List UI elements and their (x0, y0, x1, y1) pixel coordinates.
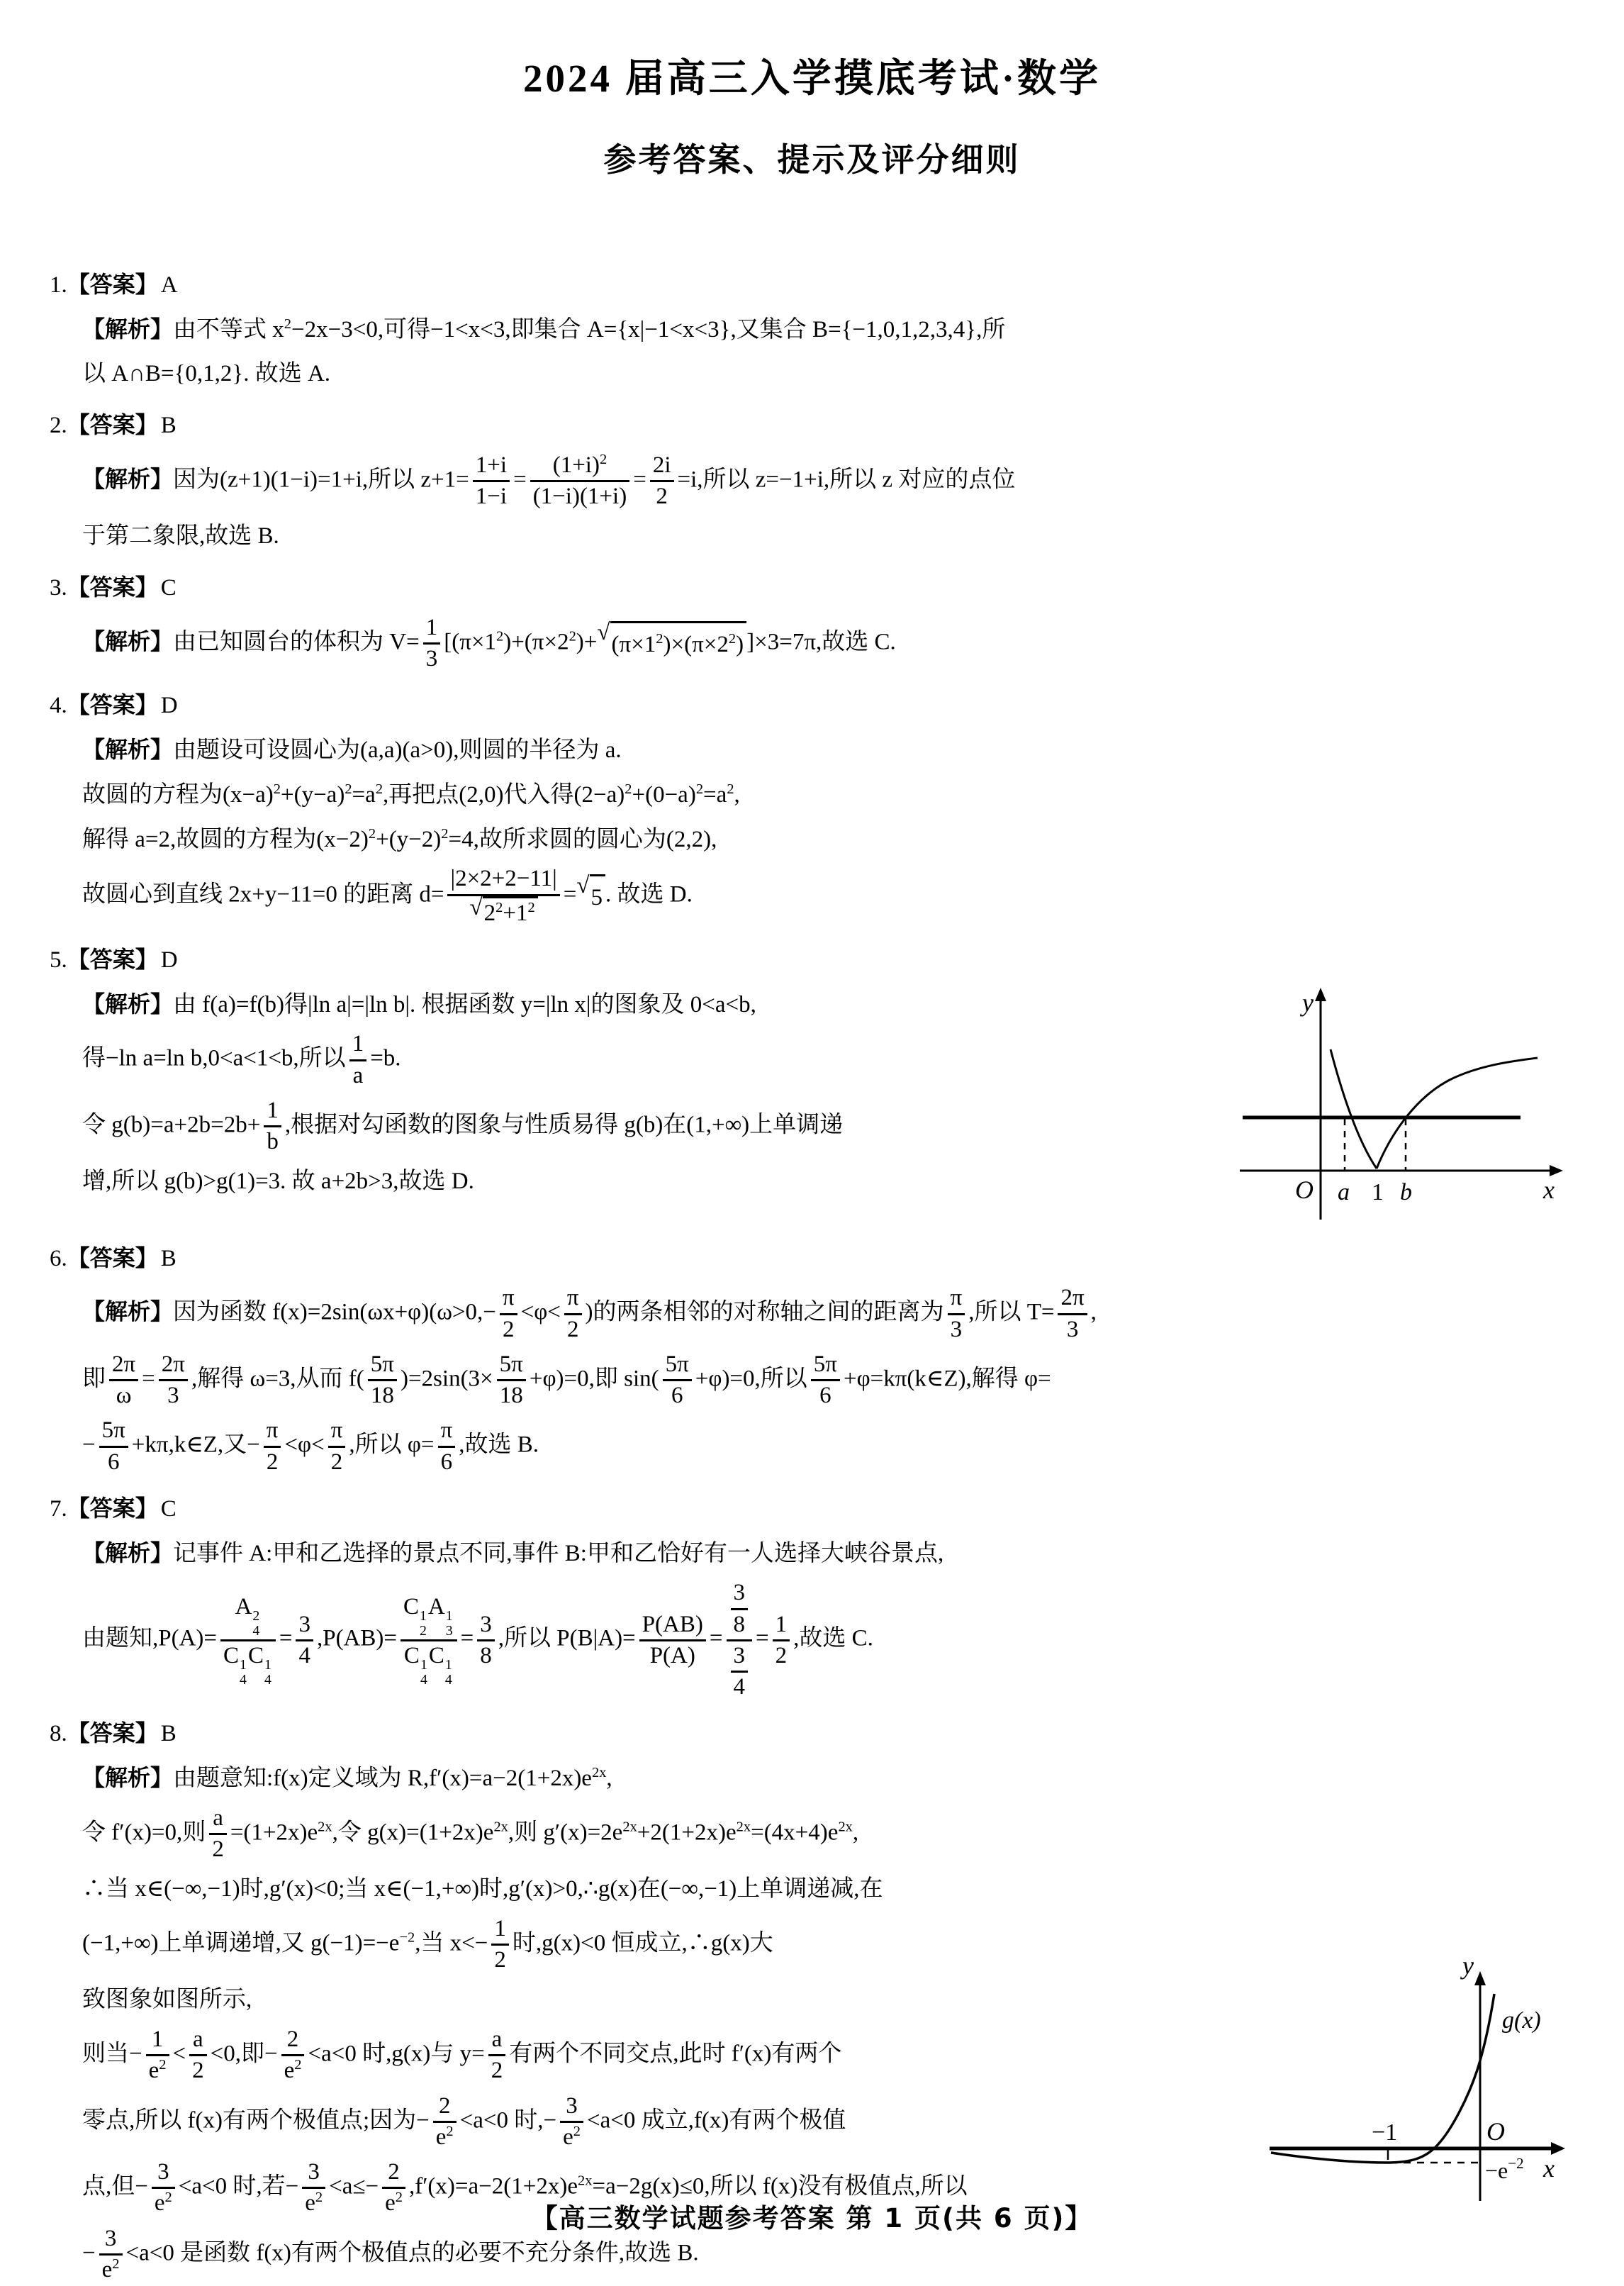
problems-list: 1.【答案】A【解析】由不等式 x2−2x−3<0,可得−1<x<3,即集合 A… (50, 264, 1574, 2286)
one-label: 1 (1372, 1179, 1384, 1205)
answer-label: 【答案】 (67, 411, 158, 438)
text-line: 令 f′(x)=0,则a2=(1+2x)e2x,令 g(x)=(1+2x)e2x… (82, 1802, 1574, 1866)
problem-number: 2. (50, 405, 67, 447)
problem-3: 3.【答案】C【解析】由已知圆台的体积为 V=13[(π×12)+(π×22)+… (50, 567, 1574, 678)
answer-letter: B (161, 1246, 177, 1271)
analysis: 【解析】由不等式 x2−2x−3<0,可得−1<x<3,即集合 A={x|−1<… (82, 306, 1574, 398)
problem-number: 6. (50, 1238, 67, 1280)
min-value-label: −e−2 (1485, 2155, 1524, 2183)
text-line: 解得 a=2,故圆的方程为(x−2)2+(y−2)2=4,故所求圆的圆心为(2,… (82, 819, 1574, 861)
y-axis-arrow (1315, 988, 1326, 1001)
analysis: 【解析】由已知圆台的体积为 V=13[(π×12)+(π×22)+√(π×12)… (82, 609, 1574, 679)
analysis-label: 【解析】 (82, 628, 173, 654)
problem-1: 1.【答案】A【解析】由不等式 x2−2x−3<0,可得−1<x<3,即集合 A… (50, 264, 1574, 398)
text-line: 【解析】由已知圆台的体积为 V=13[(π×12)+(π×22)+√(π×12)… (82, 612, 1574, 676)
x-axis-arrow (1550, 1165, 1563, 1176)
text-line: 以 A∩B={0,1,2}. 故选 A. (82, 353, 1574, 395)
b-label: b (1400, 1179, 1412, 1205)
answer-label: 【答案】 (67, 574, 158, 601)
answer-label: 【答案】 (67, 271, 158, 298)
answer-line: 3.【答案】C (50, 567, 1574, 609)
problem-number: 5. (50, 940, 67, 981)
problem-number: 3. (50, 567, 67, 609)
answer-line: 7.【答案】C (50, 1488, 1574, 1530)
page-title: 2024 届高三入学摸底考试·数学 (50, 47, 1574, 103)
answer-letter: C (161, 575, 177, 601)
analysis-label: 【解析】 (82, 1539, 173, 1566)
text-line: 【解析】因为(z+1)(1−i)=1+i,所以 z+1=1+i1−i=(1+i)… (82, 450, 1574, 513)
abs-ln-graph-figure: y O a 1 b x (1237, 984, 1570, 1225)
problem-number: 8. (50, 1713, 67, 1755)
text-line: 即2πω=2π3,解得 ω=3,从而 f(5π18)=2sin(3×5π18+φ… (82, 1349, 1574, 1412)
answer-line: 5.【答案】D (50, 940, 1574, 981)
answer-letter: D (161, 947, 178, 973)
answer-letter: D (161, 693, 178, 718)
analysis-label: 【解析】 (82, 316, 173, 342)
answer-line: 6.【答案】B (50, 1238, 1574, 1280)
page-footer: 【高三数学试题参考答案 第 1 页(共 6 页)】 (0, 2197, 1624, 2235)
answer-letter: C (161, 1496, 177, 1522)
text-line: 于第二象限,故选 B. (82, 515, 1574, 557)
text-line: 【解析】由题意知:f(x)定义域为 R,f′(x)=a−2(1+2x)e2x, (82, 1758, 1574, 1800)
analysis: y O a 1 b x 【解析】由 f(a)=f(b)得|ln a|=|ln b… (82, 981, 1574, 1231)
x-axis-label: x (1542, 1176, 1555, 1204)
problem-number: 7. (50, 1488, 67, 1530)
analysis: 【解析】因为函数 f(x)=2sin(ωx+φ)(ω>0,−π2<φ<π2)的两… (82, 1279, 1574, 1481)
answer-label: 【答案】 (67, 691, 158, 718)
answer-letter: B (161, 413, 177, 438)
analysis-label: 【解析】 (82, 1764, 173, 1791)
origin-label: O (1295, 1176, 1314, 1204)
problem-number: 4. (50, 685, 67, 727)
page-subtitle: 参考答案、提示及评分细则 (50, 134, 1574, 181)
text-line: 故圆心到直线 2x+y−11=0 的距离 d=|2×2+2−11|√22+12=… (82, 863, 1574, 930)
analysis-label: 【解析】 (82, 991, 173, 1017)
analysis-label: 【解析】 (82, 736, 173, 763)
a-label: a (1338, 1179, 1350, 1205)
analysis: 【解析】记事件 A:甲和乙选择的景点不同,事件 B:甲和乙恰好有一人选择大峡谷景… (82, 1530, 1574, 1707)
answer-label: 【答案】 (67, 946, 158, 973)
problem-4: 4.【答案】D【解析】由题设可设圆心为(a,a)(a>0),则圆的半径为 a.故… (50, 685, 1574, 932)
problem-6: 6.【答案】B【解析】因为函数 f(x)=2sin(ωx+φ)(ω>0,−π2<… (50, 1238, 1574, 1481)
y-axis-label: y (1300, 988, 1314, 1017)
document-page: 2024 届高三入学摸底考试·数学 参考答案、提示及评分细则 1.【答案】A【解… (0, 0, 1624, 2286)
text-line: ∴当 x∈(−∞,−1)时,g′(x)<0;当 x∈(−1,+∞)时,g′(x)… (82, 1868, 1574, 1910)
curve-left-branch (1331, 1049, 1377, 1169)
text-line: 【解析】因为函数 f(x)=2sin(ωx+φ)(ω>0,−π2<φ<π2)的两… (82, 1282, 1574, 1346)
problem-2: 2.【答案】B【解析】因为(z+1)(1−i)=1+i,所以 z+1=1+i1−… (50, 405, 1574, 560)
problem-7: 7.【答案】C【解析】记事件 A:甲和乙选择的景点不同,事件 B:甲和乙恰好有一… (50, 1488, 1574, 1706)
text-line: 故圆的方程为(x−a)2+(y−a)2=a2,再把点(2,0)代入得(2−a)2… (82, 774, 1574, 816)
answer-letter: B (161, 1721, 177, 1746)
answer-label: 【答案】 (67, 1719, 158, 1746)
analysis-label: 【解析】 (82, 1298, 173, 1325)
problem-number: 1. (50, 264, 67, 306)
analysis: 【解析】因为(z+1)(1−i)=1+i,所以 z+1=1+i1−i=(1+i)… (82, 447, 1574, 560)
analysis-label: 【解析】 (82, 465, 173, 492)
answer-letter: A (161, 272, 178, 298)
answer-line: 2.【答案】B (50, 405, 1574, 447)
text-line: 【解析】记事件 A:甲和乙选择的景点不同,事件 B:甲和乙恰好有一人选择大峡谷景… (82, 1533, 1574, 1575)
problem-5: 5.【答案】D y O a 1 b x 【解析】由 f(a)=f(b)得|ln … (50, 940, 1574, 1231)
gx-label: g(x) (1502, 2007, 1541, 2034)
origin-label: O (1486, 2117, 1505, 2146)
y-axis-arrow (1474, 1971, 1486, 1985)
answer-line: 1.【答案】A (50, 264, 1574, 306)
answer-line: 4.【答案】D (50, 685, 1574, 727)
answer-label: 【答案】 (67, 1244, 158, 1271)
gx-graph-figure: y g(x) −1 O x −e−2 (1265, 1916, 1570, 2221)
curve-right-branch (1377, 1058, 1538, 1169)
answer-label: 【答案】 (67, 1495, 158, 1522)
text-line: 【解析】由不等式 x2−2x−3<0,可得−1<x<3,即集合 A={x|−1<… (82, 309, 1574, 351)
x-axis-label: x (1542, 2154, 1555, 2182)
text-line: 【解析】由题设可设圆心为(a,a)(a>0),则圆的半径为 a. (82, 730, 1574, 771)
answer-line: 8.【答案】B (50, 1713, 1574, 1755)
analysis: 【解析】由题设可设圆心为(a,a)(a>0),则圆的半径为 a.故圆的方程为(x… (82, 727, 1574, 932)
minus1-label: −1 (1372, 2119, 1397, 2146)
y-axis-label: y (1460, 1951, 1474, 1980)
text-line: 由题知,P(A)=A24C14C14=34,P(AB)=C12A13C14C14… (82, 1577, 1574, 1703)
x-axis-arrow (1551, 2142, 1565, 2155)
text-line: −5π6+kπ,k∈Z,又−π2<φ<π2,所以 φ=π6,故选 B. (82, 1415, 1574, 1478)
